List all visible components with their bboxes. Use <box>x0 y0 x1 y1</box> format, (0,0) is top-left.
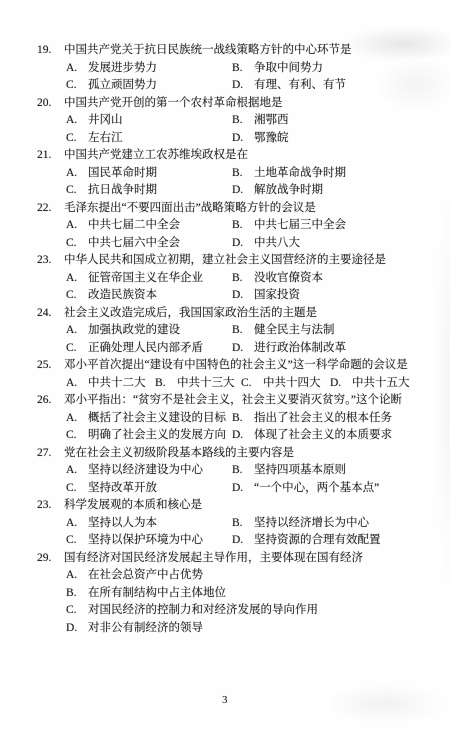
option-label: B. <box>232 515 254 533</box>
option-label: D. <box>232 532 254 550</box>
option-item: D.中共八大 <box>232 235 450 253</box>
option-label: A. <box>66 322 88 340</box>
option-item: C.中共七届六中全会 <box>66 235 232 253</box>
option-text: 改造民族资本 <box>88 287 157 305</box>
option-item: D.解放战争时期 <box>232 182 450 200</box>
option-item: A.中共十二大 <box>66 375 155 393</box>
option-label: C. <box>66 130 88 148</box>
option-label: A. <box>66 112 88 130</box>
option-text: 解放战争时期 <box>254 182 323 200</box>
option-group: A.坚持以经济建设为中心B.坚持四项基本原则C.坚持改革开放D.“一个中心，两个… <box>0 462 450 497</box>
option-item: A.征管帝国主义在华企业 <box>66 270 232 288</box>
option-item: B.坚持四项基本原则 <box>232 462 450 480</box>
question-stem: 22.毛泽东提出“不要四面出击”战略策略方针的会议是 <box>0 200 450 218</box>
option-item: A.井冈山 <box>66 112 232 130</box>
option-label: A. <box>66 462 88 480</box>
option-group: A.坚持以人为本B.坚持以经济增长为中心C.坚持以保护环境为中心D.坚持资源的合… <box>0 515 450 550</box>
question-block: 25.邓小平首次提出“建设有中国特色的社会主义”这一科学命题的会议是A.中共十二… <box>0 357 450 392</box>
option-label: D. <box>232 287 254 305</box>
option-item: B.中共七届三中全会 <box>232 217 450 235</box>
option-item: A.加强执政党的建设 <box>66 322 232 340</box>
option-label: A. <box>66 375 88 393</box>
question-stem: 24.社会主义改造完成后，我国国家政治生活的主题是 <box>0 305 450 323</box>
option-label: C. <box>241 375 263 393</box>
option-item: B.在所有制结构中占主体地位 <box>66 585 450 603</box>
question-number: 24. <box>37 305 64 323</box>
option-label: D. <box>232 480 254 498</box>
option-item: A.概括了社会主义建设的目标 <box>66 410 232 428</box>
question-stem: 19.中国共产党关于抗日民族统一战线策略方针的中心环节是 <box>0 42 450 60</box>
question-number: 22. <box>37 200 64 218</box>
question-stem-text: 社会主义改造完成后，我国国家政治生活的主题是 <box>64 305 450 323</box>
option-label: B. <box>232 217 254 235</box>
option-label: D. <box>232 130 254 148</box>
option-label: A. <box>66 217 88 235</box>
question-block: 27.党在社会主义初级阶段基本路线的主要内容是A.坚持以经济建设为中心B.坚持四… <box>0 445 450 498</box>
option-item: C.明确了社会主义的发展方向 <box>66 427 232 445</box>
question-number: 23. <box>37 497 64 515</box>
option-text: 中共十三大 <box>177 375 235 393</box>
option-item: B.争取中间势力 <box>232 60 450 78</box>
option-item: D.有理、有利、有节 <box>232 77 450 95</box>
question-block: 20.中国共产党开创的第一个农村革命根据地是A.井冈山B.湘鄂西C.左右江D.鄂… <box>0 95 450 148</box>
option-group: A.征管帝国主义在华企业B.没收官僚资本C.改造民族资本D.国家投资 <box>0 270 450 305</box>
question-stem-text: 中国共产党关于抗日民族统一战线策略方针的中心环节是 <box>64 42 450 60</box>
option-label: A. <box>66 515 88 533</box>
question-stem: 21.中国共产党建立工农苏维埃政权是在 <box>0 147 450 165</box>
question-stem: 25.邓小平首次提出“建设有中国特色的社会主义”这一科学命题的会议是 <box>0 357 450 375</box>
option-text: 湘鄂西 <box>254 112 289 130</box>
option-text: 坚持以经济建设为中心 <box>88 462 203 480</box>
option-text: 明确了社会主义的发展方向 <box>88 427 226 445</box>
option-item: C.对国民经济的控制力和对经济发展的导向作用 <box>66 602 450 620</box>
question-block: 24.社会主义改造完成后，我国国家政治生活的主题是A.加强执政党的建设B.健全民… <box>0 305 450 358</box>
question-stem-text: 中国共产党开创的第一个农村革命根据地是 <box>64 95 450 113</box>
option-text: 坚持四项基本原则 <box>254 462 346 480</box>
question-stem-text: 国有经济对国民经济发展起主导作用，主要体现在国有经济 <box>64 550 450 568</box>
option-text: 征管帝国主义在华企业 <box>88 270 203 288</box>
option-item: D.进行政治体制改革 <box>232 340 450 358</box>
option-text: 土地革命战争时期 <box>254 165 346 183</box>
option-label: B. <box>232 410 254 428</box>
option-label: D. <box>232 340 254 358</box>
option-text: 在所有制结构中占主体地位 <box>88 585 226 603</box>
option-label: B. <box>232 165 254 183</box>
option-group: A.中共十二大B.中共十三大C.中共十四大D.中共十五大 <box>0 375 450 393</box>
option-item: A.发展进步势力 <box>66 60 232 78</box>
question-stem-text: 科学发展观的本质和核心是 <box>64 497 450 515</box>
option-text: 正确处理人民内部矛盾 <box>88 340 203 358</box>
option-label: C. <box>66 480 88 498</box>
option-label: B. <box>232 60 254 78</box>
option-text: 加强执政党的建设 <box>88 322 180 340</box>
option-label: B. <box>232 112 254 130</box>
option-item: C.中共十四大 <box>241 375 330 393</box>
option-text: 左右江 <box>88 130 123 148</box>
option-label: A. <box>66 165 88 183</box>
option-text: 中共十二大 <box>88 375 146 393</box>
option-group: A.在社会总资产中占优势B.在所有制结构中占主体地位C.对国民经济的控制力和对经… <box>0 567 450 637</box>
question-stem: 20.中国共产党开创的第一个农村革命根据地是 <box>0 95 450 113</box>
question-stem: 23.科学发展观的本质和核心是 <box>0 497 450 515</box>
option-item: B.指出了社会主义的根本任务 <box>232 410 450 428</box>
option-label: B. <box>155 375 177 393</box>
question-stem-text: 中国共产党建立工农苏维埃政权是在 <box>64 147 450 165</box>
option-item: A.坚持以人为本 <box>66 515 232 533</box>
question-number: 21. <box>37 147 64 165</box>
option-item: A.在社会总资产中占优势 <box>66 567 450 585</box>
question-number: 27. <box>37 445 64 463</box>
question-list: 19.中国共产党关于抗日民族统一战线策略方针的中心环节是A.发展进步势力B.争取… <box>0 42 450 637</box>
option-text: 井冈山 <box>88 112 123 130</box>
option-item: A.坚持以经济建设为中心 <box>66 462 232 480</box>
option-item: D.坚持资源的合理有效配置 <box>232 532 450 550</box>
option-text: 抗日战争时期 <box>88 182 157 200</box>
option-label: A. <box>66 270 88 288</box>
option-item: C.坚持改革开放 <box>66 480 232 498</box>
question-block: 22.毛泽东提出“不要四面出击”战略策略方针的会议是A.中共七届二中全会B.中共… <box>0 200 450 253</box>
option-label: B. <box>232 462 254 480</box>
question-stem-text: 党在社会主义初级阶段基本路线的主要内容是 <box>64 445 450 463</box>
option-text: 中共十四大 <box>263 375 321 393</box>
question-number: 26. <box>37 392 64 410</box>
question-number: 19. <box>37 42 64 60</box>
option-label: C. <box>66 427 88 445</box>
option-text: 进行政治体制改革 <box>254 340 346 358</box>
question-number: 29. <box>37 550 64 568</box>
option-item: A.中共七届二中全会 <box>66 217 232 235</box>
question-stem: 29.国有经济对国民经济发展起主导作用，主要体现在国有经济 <box>0 550 450 568</box>
option-label: D. <box>232 235 254 253</box>
option-label: A. <box>66 410 88 428</box>
option-text: 健全民主与法制 <box>254 322 335 340</box>
option-text: 发展进步势力 <box>88 60 157 78</box>
option-text: 鄂豫皖 <box>254 130 289 148</box>
option-item: B.健全民主与法制 <box>232 322 450 340</box>
scanned-exam-page: { "colors": { "paper": "#fefefe", "ink":… <box>0 0 450 744</box>
page-number: 3 <box>222 694 228 706</box>
option-label: C. <box>66 77 88 95</box>
option-text: 中共七届六中全会 <box>88 235 180 253</box>
option-text: 在社会总资产中占优势 <box>88 567 203 585</box>
option-text: 坚持以保护环境为中心 <box>88 532 203 550</box>
question-stem-text: 毛泽东提出“不要四面出击”战略策略方针的会议是 <box>64 200 450 218</box>
question-stem-text: 中华人民共和国成立初期，建立社会主义国营经济的主要途径是 <box>64 252 450 270</box>
option-item: C.正确处理人民内部矛盾 <box>66 340 232 358</box>
option-item: D.体现了社会主义的本质要求 <box>232 427 450 445</box>
option-label: B. <box>66 585 88 603</box>
option-label: A. <box>66 60 88 78</box>
option-text: “一个中心，两个基本点” <box>254 480 379 498</box>
option-item: B.没收官僚资本 <box>232 270 450 288</box>
option-item: C.改造民族资本 <box>66 287 232 305</box>
option-label: D. <box>232 182 254 200</box>
question-block: 26.邓小平指出：“贫穷不是社会主义，社会主义要消灭贫穷。”这个论断A.概括了社… <box>0 392 450 445</box>
option-item: B.湘鄂西 <box>232 112 450 130</box>
option-text: 坚持以人为本 <box>88 515 157 533</box>
option-text: 指出了社会主义的根本任务 <box>254 410 392 428</box>
option-text: 有理、有利、有节 <box>254 77 346 95</box>
option-item: D.国家投资 <box>232 287 450 305</box>
exam-page: 19.中国共产党关于抗日民族统一战线策略方针的中心环节是A.发展进步势力B.争取… <box>0 0 450 744</box>
scan-artifact <box>325 684 445 724</box>
question-number: 20. <box>37 95 64 113</box>
question-block: 19.中国共产党关于抗日民族统一战线策略方针的中心环节是A.发展进步势力B.争取… <box>0 42 450 95</box>
question-block: 21.中国共产党建立工农苏维埃政权是在A.国民革命时期B.土地革命战争时期C.抗… <box>0 147 450 200</box>
option-item: B.中共十三大 <box>155 375 241 393</box>
option-label: A. <box>66 567 88 585</box>
option-group: A.加强执政党的建设B.健全民主与法制C.正确处理人民内部矛盾D.进行政治体制改… <box>0 322 450 357</box>
option-label: B. <box>232 322 254 340</box>
option-label: D. <box>232 427 254 445</box>
option-label: C. <box>66 602 88 620</box>
question-stem-text: 邓小平指出：“贫穷不是社会主义，社会主义要消灭贫穷。”这个论断 <box>64 392 450 410</box>
option-text: 国家投资 <box>254 287 300 305</box>
option-item: B.土地革命战争时期 <box>232 165 450 183</box>
option-item: C.孤立顽固势力 <box>66 77 232 95</box>
option-text: 国民革命时期 <box>88 165 157 183</box>
option-group: A.井冈山B.湘鄂西C.左右江D.鄂豫皖 <box>0 112 450 147</box>
option-item: D.“一个中心，两个基本点” <box>232 480 450 498</box>
option-label: C. <box>66 235 88 253</box>
option-text: 概括了社会主义建设的目标 <box>88 410 226 428</box>
option-text: 孤立顽固势力 <box>88 77 157 95</box>
option-item: C.左右江 <box>66 130 232 148</box>
option-item: D.鄂豫皖 <box>232 130 450 148</box>
option-text: 中共七届三中全会 <box>254 217 346 235</box>
option-item: D.对非公有制经济的领导 <box>66 620 450 638</box>
option-label: D. <box>232 77 254 95</box>
option-text: 对非公有制经济的领导 <box>88 620 203 638</box>
option-text: 没收官僚资本 <box>254 270 323 288</box>
option-item: A.国民革命时期 <box>66 165 232 183</box>
option-item: D.中共十五大 <box>330 375 450 393</box>
option-item: C.抗日战争时期 <box>66 182 232 200</box>
option-group: A.概括了社会主义建设的目标B.指出了社会主义的根本任务C.明确了社会主义的发展… <box>0 410 450 445</box>
option-group: A.中共七届二中全会B.中共七届三中全会C.中共七届六中全会D.中共八大 <box>0 217 450 252</box>
option-text: 坚持以经济增长为中心 <box>254 515 369 533</box>
option-text: 中共七届二中全会 <box>88 217 180 235</box>
question-block: 23.中华人民共和国成立初期，建立社会主义国营经济的主要途径是A.征管帝国主义在… <box>0 252 450 305</box>
question-stem-text: 邓小平首次提出“建设有中国特色的社会主义”这一科学命题的会议是 <box>64 357 450 375</box>
option-text: 坚持资源的合理有效配置 <box>254 532 381 550</box>
option-label: C. <box>66 340 88 358</box>
option-label: C. <box>66 532 88 550</box>
option-text: 对国民经济的控制力和对经济发展的导向作用 <box>88 602 318 620</box>
option-label: D. <box>66 620 88 638</box>
option-text: 坚持改革开放 <box>88 480 157 498</box>
question-number: 23. <box>37 252 64 270</box>
question-stem: 26.邓小平指出：“贫穷不是社会主义，社会主义要消灭贫穷。”这个论断 <box>0 392 450 410</box>
question-stem: 27.党在社会主义初级阶段基本路线的主要内容是 <box>0 445 450 463</box>
question-block: 23.科学发展观的本质和核心是A.坚持以人为本B.坚持以经济增长为中心C.坚持以… <box>0 497 450 550</box>
question-number: 25. <box>37 357 64 375</box>
question-stem: 23.中华人民共和国成立初期，建立社会主义国营经济的主要途径是 <box>0 252 450 270</box>
option-item: C.坚持以保护环境为中心 <box>66 532 232 550</box>
option-text: 中共八大 <box>254 235 300 253</box>
question-block: 29.国有经济对国民经济发展起主导作用，主要体现在国有经济A.在社会总资产中占优… <box>0 550 450 638</box>
option-text: 争取中间势力 <box>254 60 323 78</box>
option-text: 中共十五大 <box>352 375 410 393</box>
option-text: 体现了社会主义的本质要求 <box>254 427 392 445</box>
option-label: C. <box>66 287 88 305</box>
option-label: D. <box>330 375 352 393</box>
option-item: B.坚持以经济增长为中心 <box>232 515 450 533</box>
option-group: A.发展进步势力B.争取中间势力C.孤立顽固势力D.有理、有利、有节 <box>0 60 450 95</box>
option-label: C. <box>66 182 88 200</box>
option-label: B. <box>232 270 254 288</box>
option-group: A.国民革命时期B.土地革命战争时期C.抗日战争时期D.解放战争时期 <box>0 165 450 200</box>
